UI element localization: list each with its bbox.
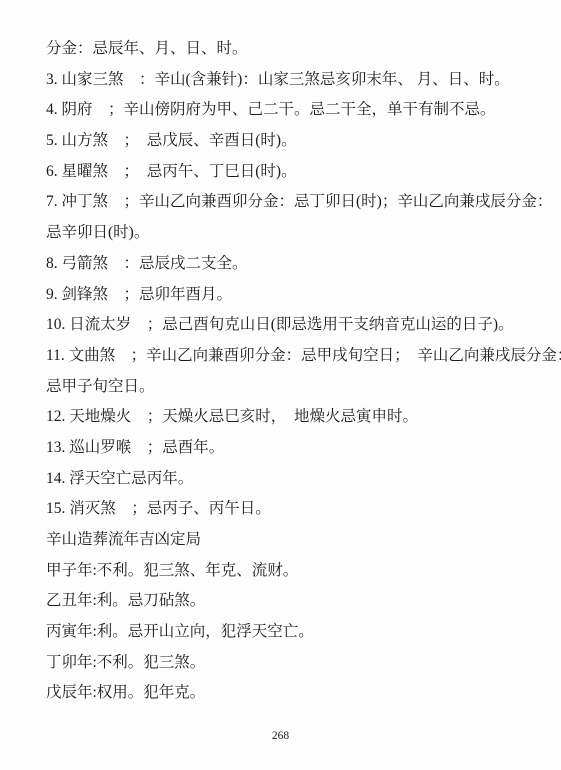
text-line-item-7-chongdingsha: 7. 冲丁煞 ；辛山乙向兼酉卯分金：忌丁卯日(时)；辛山乙向兼戌辰分金： bbox=[46, 187, 547, 218]
text-line-year-wuchen: 戊辰年:权用。犯年克。 bbox=[46, 678, 547, 709]
text-line-item-6-xingyaosha: 6. 星曜煞 ； 忌丙午、丁巳日(时)。 bbox=[46, 157, 547, 188]
body-text: 分金：忌辰年、月、日、时。 3. 山家三煞 ：辛山(含兼针)：山家三煞忌亥卯末年… bbox=[46, 34, 547, 709]
text-line-item-11-wenqusha: 11. 文曲煞 ；辛山乙向兼酉卯分金：忌甲戌旬空日； 辛山乙向兼戌辰分金： bbox=[46, 341, 547, 372]
text-line-year-jiazi: 甲子年:不利。犯三煞、年克、流财。 bbox=[46, 556, 547, 587]
text-line-item-11-wrap: 忌甲子旬空日。 bbox=[46, 372, 547, 403]
text-line-item-4-yinfu: 4. 阴府 ；辛山傍阴府为甲、己二干。忌二干全，单干有制不忌。 bbox=[46, 95, 547, 126]
text-line-item-12-tiandizaohuo: 12. 天地燥火 ；天燥火忌巳亥时， 地燥火忌寅申时。 bbox=[46, 402, 547, 433]
section-heading-liunian-dingju: 辛山造葬流年吉凶定局 bbox=[46, 525, 547, 556]
text-line-fenjin-continuation: 分金：忌辰年、月、日、时。 bbox=[46, 34, 547, 65]
document-page: 分金：忌辰年、月、日、时。 3. 山家三煞 ：辛山(含兼针)：山家三煞忌亥卯末年… bbox=[0, 0, 561, 770]
text-line-item-10-riliutaisui: 10. 日流太岁 ；忌己酉旬克山日(即忌选用干支纳音克山运的日子)。 bbox=[46, 310, 547, 341]
text-line-item-8-gongjiansha: 8. 弓箭煞 ：忌辰戌二支全。 bbox=[46, 249, 547, 280]
text-line-item-15-xiaomiesha: 15. 消灭煞 ；忌丙子、丙午日。 bbox=[46, 494, 547, 525]
text-line-item-14-futiankongwang: 14. 浮天空亡忌丙年。 bbox=[46, 464, 547, 495]
text-line-item-3-shanjiasansha: 3. 山家三煞 ：辛山(含兼针)：山家三煞忌亥卯末年、 月、日、时。 bbox=[46, 65, 547, 96]
text-line-year-dingmao: 丁卯年:不利。犯三煞。 bbox=[46, 648, 547, 679]
text-line-item-13-xunshanluohou: 13. 巡山罗喉 ；忌酉年。 bbox=[46, 433, 547, 464]
text-line-year-bingyin: 丙寅年:利。忌开山立向，犯浮天空亡。 bbox=[46, 617, 547, 648]
page-number: 268 bbox=[0, 730, 561, 742]
text-line-year-yichou: 乙丑年:利。忌刀砧煞。 bbox=[46, 586, 547, 617]
text-line-item-5-shanfangsha: 5. 山方煞 ； 忌戊辰、辛酉日(时)。 bbox=[46, 126, 547, 157]
text-line-item-9-jianfengsha: 9. 剑锋煞 ；忌卯年酉月。 bbox=[46, 280, 547, 311]
text-line-item-7-wrap: 忌辛卯日(时)。 bbox=[46, 218, 547, 249]
